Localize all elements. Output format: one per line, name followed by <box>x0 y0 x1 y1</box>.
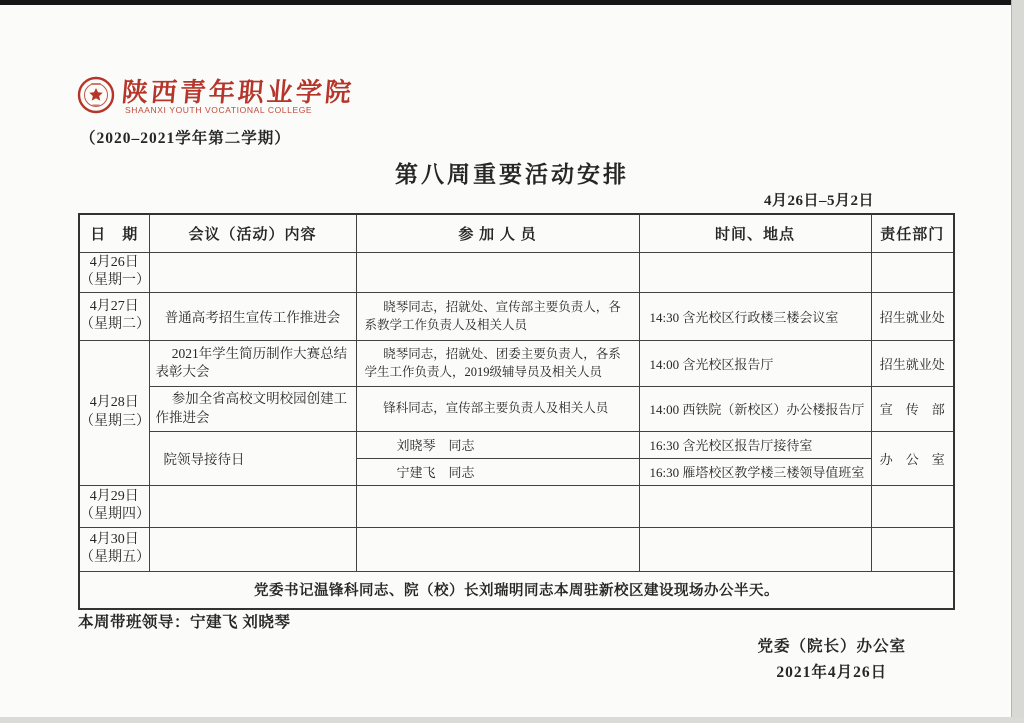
cell-content-thursday <box>149 485 356 527</box>
scan-edge-bottom <box>0 717 1024 723</box>
cell-participants-thursday <box>356 485 639 527</box>
header-department: 责任部门 <box>871 214 954 252</box>
header-participants: 参 加 人 员 <box>356 214 639 252</box>
cell-date-wednesday: 4月28日 （星期三） <box>79 340 149 485</box>
date-line2: （星期五） <box>80 549 149 567</box>
cell-dept-friday <box>871 527 954 571</box>
cell-date-monday: 4月26日 （星期一） <box>79 252 149 292</box>
cell-date-friday: 4月30日 （星期五） <box>79 527 149 571</box>
cell-date-tuesday: 4月27日 （星期二） <box>79 292 149 340</box>
cell-time-thursday <box>639 485 871 527</box>
college-name-en: SHAANXI YOUTH VOCATIONAL COLLEGE <box>125 105 312 115</box>
cell-time-monday <box>639 252 871 292</box>
cell-time-wed-activity2: 14:00 西铁院（新校区）办公楼报告厅 <box>639 386 871 431</box>
cell-participants-monday <box>356 252 639 292</box>
cell-content-monday <box>149 252 356 292</box>
duty-leaders-label: 本周带班领导： <box>78 614 190 631</box>
table-row-wednesday-activity1: 4月28日 （星期三） 2021年学生简历制作大赛总结表彰大会 晓琴同志，招就处… <box>79 340 954 386</box>
cell-participants-tuesday: 晓琴同志，招就处、宣传部主要负责人，各系教学工作负责人及相关人员 <box>356 292 639 340</box>
table-row-wednesday-reception-1: 院领导接待日 刘晓琴 同志 16:30 含光校区报告厅接待室 办 公 室 <box>79 431 954 458</box>
cell-content-tuesday: 普通高考招生宣传工作推进会 <box>149 292 356 340</box>
cell-dept-wed-reception: 办 公 室 <box>871 431 954 485</box>
cell-weekly-note: 党委书记温锋科同志、院（校）长刘瑞明同志本周驻新校区建设现场办公半天。 <box>79 571 954 609</box>
cell-dept-wed-activity2: 宣 传 部 <box>871 386 954 431</box>
cell-content-friday <box>149 527 356 571</box>
header-time-place: 时间、地点 <box>639 214 871 252</box>
cell-participants-wed-activity2: 锋科同志，宣传部主要负责人及相关人员 <box>356 386 639 431</box>
table-row-note: 党委书记温锋科同志、院（校）长刘瑞明同志本周驻新校区建设现场办公半天。 <box>79 571 954 609</box>
date-line2: （星期二） <box>80 316 149 334</box>
cell-time-wed-activity1: 14:00 含光校区报告厅 <box>639 340 871 386</box>
cell-dept-monday <box>871 252 954 292</box>
semester-label: （2020–2021学年第二学期） <box>80 126 291 148</box>
date-line2: （星期一） <box>80 272 149 290</box>
cell-content-wed-reception: 院领导接待日 <box>149 431 356 485</box>
cell-dept-tuesday: 招生就业处 <box>871 292 954 340</box>
table-row-monday: 4月26日 （星期一） <box>79 252 954 292</box>
cell-dept-wed-activity1: 招生就业处 <box>871 340 954 386</box>
issue-date: 2021年4月26日 <box>757 660 906 682</box>
college-seal-icon <box>77 76 115 114</box>
cell-date-thursday: 4月29日 （星期四） <box>79 485 149 527</box>
cell-time-tuesday: 14:30 含光校区行政楼三楼会议室 <box>639 292 871 340</box>
table-header-row: 日 期 会议（活动）内容 参 加 人 员 时间、地点 责任部门 <box>79 214 954 252</box>
date-line1: 4月26日 <box>80 254 149 272</box>
scan-edge-right <box>1011 0 1024 723</box>
date-line2: （星期三） <box>80 413 149 431</box>
date-line1: 4月30日 <box>80 531 149 549</box>
table-row-wednesday-activity2: 参加全省高校文明校园创建工作推进会 锋科同志，宣传部主要负责人及相关人员 14:… <box>79 386 954 431</box>
header-content: 会议（活动）内容 <box>149 214 356 252</box>
week-date-range: 4月26日–5月2日 <box>764 189 874 210</box>
cell-participants-wed-reception-1: 刘晓琴 同志 <box>356 431 639 458</box>
table-row-thursday: 4月29日 （星期四） <box>79 485 954 527</box>
duty-leaders-names: 宁建飞 刘晓琴 <box>190 614 290 631</box>
cell-time-friday <box>639 527 871 571</box>
cell-time-wed-reception-2: 16:30 雁塔校区教学楼三楼领导值班室 <box>639 458 871 485</box>
table-row-friday: 4月30日 （星期五） <box>79 527 954 571</box>
page-title: 第八周重要活动安排 <box>0 156 1024 189</box>
scan-edge-top <box>0 0 1024 5</box>
table-row-tuesday: 4月27日 （星期二） 普通高考招生宣传工作推进会 晓琴同志，招就处、宣传部主要… <box>79 292 954 340</box>
date-line1: 4月27日 <box>80 298 149 316</box>
cell-dept-thursday <box>871 485 954 527</box>
college-name-zh: 陕西青年职业学院 <box>120 72 355 109</box>
date-line1: 4月29日 <box>80 488 149 506</box>
cell-content-wed-activity2: 参加全省高校文明校园创建工作推进会 <box>149 386 356 431</box>
date-line2: （星期四） <box>80 506 149 524</box>
schedule-table: 日 期 会议（活动）内容 参 加 人 员 时间、地点 责任部门 4月26日 （星… <box>78 213 955 610</box>
cell-participants-friday <box>356 527 639 571</box>
duty-leaders-line: 本周带班领导：宁建飞 刘晓琴 <box>78 610 290 632</box>
cell-content-wed-activity1: 2021年学生简历制作大赛总结表彰大会 <box>149 340 356 386</box>
issuer-office: 党委（院长）办公室 <box>757 634 906 656</box>
cell-time-wed-reception-1: 16:30 含光校区报告厅接待室 <box>639 431 871 458</box>
header-date: 日 期 <box>79 214 149 252</box>
cell-participants-wed-activity1: 晓琴同志，招就处、团委主要负责人，各系学生工作负责人，2019级辅导员及相关人员 <box>356 340 639 386</box>
date-line1: 4月28日 <box>80 394 149 412</box>
issuer-block: 党委（院长）办公室 2021年4月26日 <box>757 634 906 682</box>
cell-participants-wed-reception-2: 宁建飞 同志 <box>356 458 639 485</box>
